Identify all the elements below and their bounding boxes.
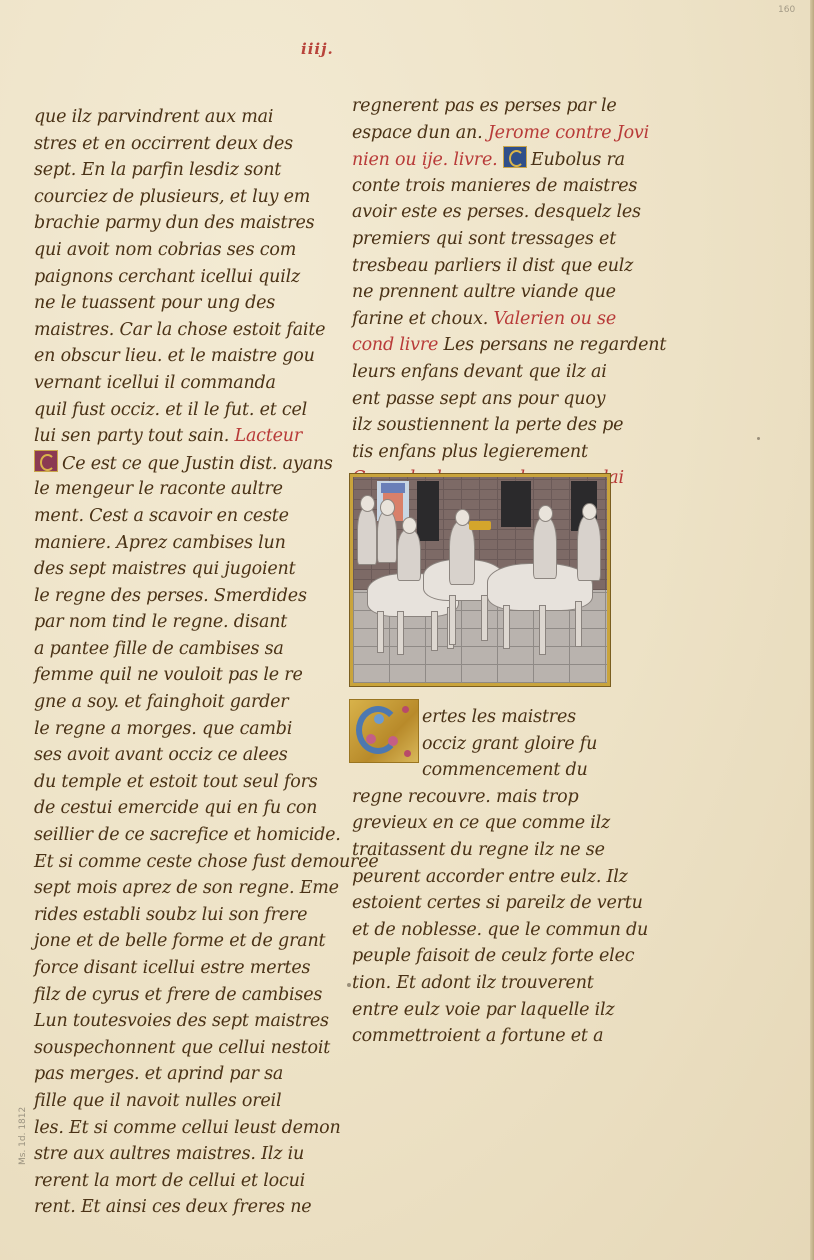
figure-head xyxy=(380,499,395,516)
text-segment: farine et choux. xyxy=(352,309,494,329)
rider-head xyxy=(455,509,470,526)
text-line: par nom tind le regne. disant xyxy=(34,609,304,636)
ink-speck xyxy=(757,437,760,440)
text-segment: espace dun an. xyxy=(352,123,488,143)
ink-speck xyxy=(347,983,351,987)
text-segment: stres et en occirrent deux des xyxy=(34,134,293,154)
text-segment: maistres. Car la chose estoit faite xyxy=(34,320,325,340)
text-segment: paignons cerchant icellui quilz xyxy=(34,267,300,287)
text-segment: ses avoit avant occiz ce alees xyxy=(34,745,288,765)
figure-head xyxy=(360,495,375,512)
text-segment: premiers qui sont tressages et xyxy=(352,229,616,249)
text-line: brachie parmy dun des maistres xyxy=(34,210,304,237)
text-segment: ent passe sept ans pour quoy xyxy=(352,389,605,409)
figure-left-group xyxy=(377,511,397,563)
text-segment: tresbeau parliers il dist que eulz xyxy=(352,256,633,276)
text-line: paignons cerchant icellui quilz xyxy=(34,264,304,291)
text-segment: estoient certes si pareilz de vertu xyxy=(352,893,643,913)
text-segment: brachie parmy dun des maistres xyxy=(34,213,314,233)
text-line: ment. Cest a scavoir en ceste xyxy=(34,503,304,530)
text-segment: que ilz parvindrent aux mai xyxy=(34,107,273,127)
text-line: tion. Et adont ilz trouverent xyxy=(352,970,624,997)
text-line: force disant icellui estre mertes xyxy=(34,955,304,982)
text-segment: Ce est ce que Justin dist. ayans xyxy=(62,454,333,474)
horse-leg xyxy=(575,601,582,647)
rubric-text: Jerome contre Jovi xyxy=(488,123,649,143)
dark-doorway xyxy=(417,481,439,541)
text-segment: filz de cyrus et frere de cambises xyxy=(34,985,322,1005)
text-segment: souspechonnent que cellui nestoit xyxy=(34,1038,330,1058)
text-segment: tis enfans plus legierement xyxy=(352,442,588,462)
text-segment: entre eulz voie par laquelle ilz xyxy=(352,1000,614,1020)
page-edge xyxy=(810,0,814,1260)
text-line: regnerent pas es perses par le xyxy=(352,93,624,120)
text-line: rent. Et ainsi ces deux freres ne xyxy=(34,1194,304,1221)
text-segment: grevieux en ce que comme ilz xyxy=(352,813,610,833)
text-line: qui avoit nom cobrias ses com xyxy=(34,237,304,264)
text-line: Ce est ce que Justin dist. ayans xyxy=(34,450,304,477)
text-line: sept. En la parfin lesdiz sont xyxy=(34,157,304,184)
miniature-illustration xyxy=(350,474,610,686)
horse-leg xyxy=(397,611,404,655)
text-segment: courciez de plusieurs, et luy em xyxy=(34,187,310,207)
text-segment: peuple faisoit de ceulz forte elec xyxy=(352,946,634,966)
text-line: sept mois aprez de son regne. Eme xyxy=(34,875,304,902)
horse-leg xyxy=(449,595,456,645)
text-segment: Eubolus ra xyxy=(531,150,625,170)
text-line: estoient certes si pareilz de vertu xyxy=(352,890,624,917)
text-segment: de cestui emercide qui en fu con xyxy=(34,798,317,818)
text-line: le regne des perses. Smerdides xyxy=(34,583,304,610)
text-line: Et si comme ceste chose fust demouree xyxy=(34,849,304,876)
text-segment: Et si comme ceste chose fust demouree xyxy=(34,852,379,872)
text-segment: occiz grant gloire fu xyxy=(422,734,597,754)
text-line: en obscur lieu. et le maistre gou xyxy=(34,343,304,370)
horse-leg xyxy=(431,611,438,651)
rubric-text: cond livre xyxy=(352,335,444,355)
text-line: les. Et si comme cellui leust demon xyxy=(34,1115,304,1142)
text-segment: sept. En la parfin lesdiz sont xyxy=(34,160,281,180)
text-line: a pantee fille de cambises sa xyxy=(34,636,304,663)
text-line: premiers qui sont tressages et xyxy=(352,226,624,253)
text-segment: jone et de belle forme et de grant xyxy=(34,931,325,951)
crown xyxy=(469,521,491,530)
figure-left-group xyxy=(357,507,377,565)
rubric-text: nien ou ije. livre. xyxy=(352,150,503,170)
text-segment: les. Et si comme cellui leust demon xyxy=(34,1118,341,1138)
text-line: peuple faisoit de ceulz forte elec xyxy=(352,943,624,970)
rider-head xyxy=(402,517,417,534)
text-segment: le mengeur le raconte aultre xyxy=(34,479,283,499)
text-line: rerent la mort de cellui et locui xyxy=(34,1168,304,1195)
text-segment: stre aux aultres maistres. Ilz iu xyxy=(34,1144,304,1164)
text-line: stres et en occirrent deux des xyxy=(34,131,304,158)
horse-leg xyxy=(377,611,384,653)
text-line: commettroient a fortune et a xyxy=(352,1023,624,1050)
text-segment: traitassent du regne ilz ne se xyxy=(352,840,605,860)
text-line: filz de cyrus et frere de cambises xyxy=(34,982,304,1009)
text-line: lui sen party tout sain. Lacteur xyxy=(34,423,304,450)
rider-left xyxy=(397,529,421,581)
text-line: farine et choux. Valerien ou se xyxy=(352,306,624,333)
text-line: tresbeau parliers il dist que eulz xyxy=(352,253,624,280)
text-segment: femme quil ne vouloit pas le re xyxy=(34,665,303,685)
text-line: fille que il navoit nulles oreil xyxy=(34,1088,304,1115)
text-segment: par nom tind le regne. disant xyxy=(34,612,287,632)
text-segment: avoir este es perses. desquelz les xyxy=(352,202,641,222)
text-line: nien ou ije. livre. Eubolus ra xyxy=(352,146,624,173)
text-line: regne recouvre. mais trop xyxy=(352,784,624,811)
text-line: leurs enfans devant que ilz ai xyxy=(352,359,624,386)
text-line: ne prennent aultre viande que xyxy=(352,279,624,306)
text-segment: a pantee fille de cambises sa xyxy=(34,639,284,659)
text-segment: du temple et estoit tout seul fors xyxy=(34,772,318,792)
text-segment: leurs enfans devant que ilz ai xyxy=(352,362,607,382)
text-line: que ilz parvindrent aux mai xyxy=(34,104,304,131)
small-decorated-initial xyxy=(503,146,527,168)
text-line: rides establi soubz lui son frere xyxy=(34,902,304,929)
text-line: du temple et estoit tout seul fors xyxy=(34,769,304,796)
text-line: entre eulz voie par laquelle ilz xyxy=(352,997,624,1024)
text-line: quil fust occiz. et il le fut. et cel xyxy=(34,397,304,424)
text-segment: commettroient a fortune et a xyxy=(352,1026,603,1046)
text-line: peurent accorder entre eulz. Ilz xyxy=(352,864,624,891)
text-segment: ment. Cest a scavoir en ceste xyxy=(34,506,289,526)
rider-head xyxy=(538,505,553,522)
text-segment: ertes les maistres xyxy=(422,707,576,727)
text-line: traitassent du regne ilz ne se xyxy=(352,837,624,864)
left-text-column: que ilz parvindrent aux maistres et en o… xyxy=(34,104,304,1221)
text-line: pas merges. et aprind par sa xyxy=(34,1061,304,1088)
text-segment: en obscur lieu. et le maistre gou xyxy=(34,346,315,366)
text-segment: peurent accorder entre eulz. Ilz xyxy=(352,867,628,887)
shelfmark-note: Ms. 1d. 1812 xyxy=(18,1107,28,1165)
text-line: avoir este es perses. desquelz les xyxy=(352,199,624,226)
text-segment: conte trois manieres de maistres xyxy=(352,176,637,196)
folio-number: 160 xyxy=(778,5,795,15)
rubric-text: Lacteur xyxy=(235,426,302,446)
text-segment: vernant icellui il commanda xyxy=(34,373,276,393)
text-line: vernant icellui il commanda xyxy=(34,370,304,397)
small-decorated-initial xyxy=(34,450,58,472)
text-segment: maniere. Aprez cambises lun xyxy=(34,533,286,553)
text-segment: commencement du xyxy=(422,760,588,780)
text-line: le mengeur le raconte aultre xyxy=(34,476,304,503)
text-line: ses avoit avant occiz ce alees xyxy=(34,742,304,769)
text-line: cond livre Les persans ne regardent xyxy=(352,332,624,359)
text-segment: des sept maistres qui jugoient xyxy=(34,559,295,579)
text-line: conte trois manieres de maistres xyxy=(352,173,624,200)
text-line: le regne a morges. que cambi xyxy=(34,716,304,743)
text-segment: force disant icellui estre mertes xyxy=(34,958,310,978)
text-segment: regne recouvre. mais trop xyxy=(352,787,578,807)
text-line: souspechonnent que cellui nestoit xyxy=(34,1035,304,1062)
rider-right xyxy=(533,517,557,579)
text-segment: ne prennent aultre viande que xyxy=(352,282,616,302)
text-segment: ilz soustiennent la perte des pe xyxy=(352,415,623,435)
text-line: de cestui emercide qui en fu con xyxy=(34,795,304,822)
text-segment: sept mois aprez de son regne. Eme xyxy=(34,878,339,898)
text-segment: Les persans ne regardent xyxy=(444,335,667,355)
text-segment: tion. Et adont ilz trouverent xyxy=(352,973,594,993)
text-line: ertes les maistres xyxy=(352,704,624,731)
rubric-text: Valerien ou se xyxy=(494,309,616,329)
figure-head xyxy=(582,503,597,520)
text-line: maniere. Aprez cambises lun xyxy=(34,530,304,557)
text-segment: le regne a morges. que cambi xyxy=(34,719,292,739)
text-segment: rerent la mort de cellui et locui xyxy=(34,1171,305,1191)
dark-window xyxy=(501,481,531,527)
text-segment: regnerent pas es perses par le xyxy=(352,96,617,116)
text-line: des sept maistres qui jugoient xyxy=(34,556,304,583)
text-segment: gne a soy. et fainghoit garder xyxy=(34,692,288,712)
text-segment: Lun toutesvoies des sept maistres xyxy=(34,1011,329,1031)
text-line: tis enfans plus legierement xyxy=(352,439,624,466)
text-line: stre aux aultres maistres. Ilz iu xyxy=(34,1141,304,1168)
text-line: ne le tuassent pour ung des xyxy=(34,290,304,317)
text-segment: ne le tuassent pour ung des xyxy=(34,293,275,313)
text-line: gne a soy. et fainghoit garder xyxy=(34,689,304,716)
text-segment: fille que il navoit nulles oreil xyxy=(34,1091,281,1111)
text-segment: rent. Et ainsi ces deux freres ne xyxy=(34,1197,311,1217)
text-segment: qui avoit nom cobrias ses com xyxy=(34,240,296,260)
text-segment: quil fust occiz. et il le fut. et cel xyxy=(34,400,307,420)
tower-roof xyxy=(381,483,405,493)
text-line: femme quil ne vouloit pas le re xyxy=(34,662,304,689)
horse-leg xyxy=(481,595,488,641)
crowned-rider xyxy=(449,521,475,585)
text-segment: lui sen party tout sain. xyxy=(34,426,235,446)
horse-leg xyxy=(503,605,510,649)
text-line: occiz grant gloire fu xyxy=(352,731,624,758)
text-line: et de noblesse. que le commun du xyxy=(352,917,624,944)
text-line: espace dun an. Jerome contre Jovi xyxy=(352,120,624,147)
horse-leg xyxy=(539,605,546,655)
text-segment: et de noblesse. que le commun du xyxy=(352,920,648,940)
text-line: maistres. Car la chose estoit faite xyxy=(34,317,304,344)
text-line: jone et de belle forme et de grant xyxy=(34,928,304,955)
standing-figure xyxy=(577,515,601,581)
text-line: ent passe sept ans pour quoy xyxy=(352,386,624,413)
text-line: grevieux en ce que comme ilz xyxy=(352,810,624,837)
right-text-column-bottom: ertes les maistresocciz grant gloire fuc… xyxy=(352,704,624,1050)
text-segment: pas merges. et aprind par sa xyxy=(34,1064,283,1084)
text-segment: rides establi soubz lui son frere xyxy=(34,905,307,925)
text-line: seillier de ce sacrefice et homicide. xyxy=(34,822,304,849)
text-segment: le regne des perses. Smerdides xyxy=(34,586,307,606)
running-head: iiij. xyxy=(301,40,334,58)
text-line: commencement du xyxy=(352,757,624,784)
manuscript-page: 160 iiij. Ms. 1d. 1812 que ilz parvindre… xyxy=(0,0,814,1260)
text-line: courciez de plusieurs, et luy em xyxy=(34,184,304,211)
text-line: ilz soustiennent la perte des pe xyxy=(352,412,624,439)
text-segment: seillier de ce sacrefice et homicide. xyxy=(34,825,341,845)
text-line: Lun toutesvoies des sept maistres xyxy=(34,1008,304,1035)
